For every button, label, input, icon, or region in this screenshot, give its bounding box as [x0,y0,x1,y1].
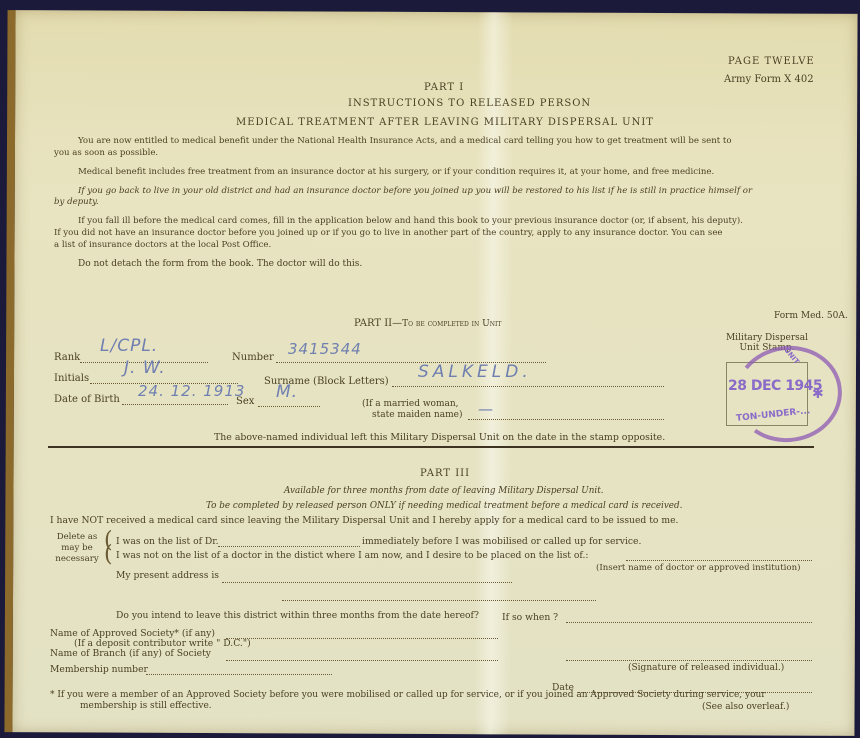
section-divider [48,446,814,448]
initials-label: Initials [54,373,89,385]
delete-note-1: Delete as [52,532,102,543]
form-number: Army Form X 402 [724,74,814,86]
sex-value: M. [276,382,298,402]
rank-value: L/CPL. [100,336,158,356]
leave-date-field[interactable] [566,612,812,623]
see-also: (See also overleaf.) [702,701,789,713]
brace-bottom: ( [104,544,113,566]
form-ref: Form Med. 50A. [774,310,848,322]
option1-label: I was on the list of Dr. [116,536,219,548]
option1-rest: immediately before I was mobilised or ca… [362,536,641,548]
part1-heading: MEDICAL TREATMENT AFTER LEAVING MILITARY… [236,117,654,129]
delete-note-2: may be [52,543,102,554]
part2-title-main: PART II— [354,318,402,329]
part2-footer: The above-named individual left this Mil… [214,432,665,444]
stamp-date: 28 DEC 1945 [728,378,822,394]
part1-para2: Medical benefit includes free treatment … [78,166,714,178]
sex-label: Sex [236,396,254,408]
part1-para1-line2: you as soon as possible. [54,147,158,159]
maiden-value: — [478,400,494,418]
society-field[interactable] [226,628,498,639]
dob-value: 24. 12. 1913 [138,382,245,400]
initials-value: J. W. [124,358,166,378]
part1-subtitle: INSTRUCTIONS TO RELEASED PERSON [348,98,591,110]
membership-field[interactable] [146,664,332,675]
stamp-star-icon: ✱ [812,386,824,402]
page-label: PAGE TWELVE [728,56,815,68]
part3-note1: Available for three months from date of … [284,485,604,497]
part1-para4-line1: If you fall ill before the medical card … [78,215,743,227]
part1-title: PART I [424,82,464,94]
new-doctor-field[interactable] [626,550,812,561]
address-field-1[interactable] [222,572,512,583]
footnote-line2: membership is still effective. [80,700,212,712]
part1-para3-line2: by deputy. [54,196,99,208]
part3-declaration: I have NOT received a medical card since… [50,515,678,527]
insert-note: (Insert name of doctor or approved insti… [596,562,800,574]
surname-value: SALKELD. [418,362,532,382]
part2-title-rest: To be completed in Unit [402,319,501,329]
if-so-label: If so when ? [502,612,558,624]
address-label: My present address is [116,570,219,582]
delete-note-3: necessary [52,554,102,565]
dob-label: Date of Birth [54,394,120,406]
rank-label: Rank [54,352,80,364]
part1-para1-line1: You are now entitled to medical benefit … [78,135,732,147]
part2-title: PART II—To be completed in Unit [354,318,501,330]
delete-note: Delete as may be necessary [52,532,102,565]
stamp-label-line1: Military Dispersal [722,333,812,343]
number-label: Number [232,352,274,364]
leave-question: Do you intend to leave this district wit… [116,610,479,622]
number-value: 3415344 [288,340,362,358]
membership-label: Membership number [50,664,148,676]
part3-note2: To be completed by released person ONLY … [206,500,682,512]
part1-para4-line3: a list of insurance doctors at the local… [54,239,271,251]
part1-para4-line2: If you did not have an insurance doctor … [54,227,723,239]
signature-label: (Signature of released individual.) [628,662,784,674]
branch-label: Name of Branch (if any) of Society [50,648,211,660]
part1-para3-line1: If you go back to live in your old distr… [78,185,752,197]
part1-para5: Do not detach the form from the book. Th… [78,258,362,270]
address-field-2[interactable] [282,590,596,601]
part3-title: PART III [420,468,470,480]
doctor-name-field[interactable] [218,536,360,547]
signature-field[interactable] [566,650,812,661]
branch-field[interactable] [226,650,498,661]
option2-label: I was not on the list of a doctor in the… [116,550,589,562]
maiden-label-2: state maiden name) [372,409,462,421]
maiden-field[interactable] [468,409,664,420]
